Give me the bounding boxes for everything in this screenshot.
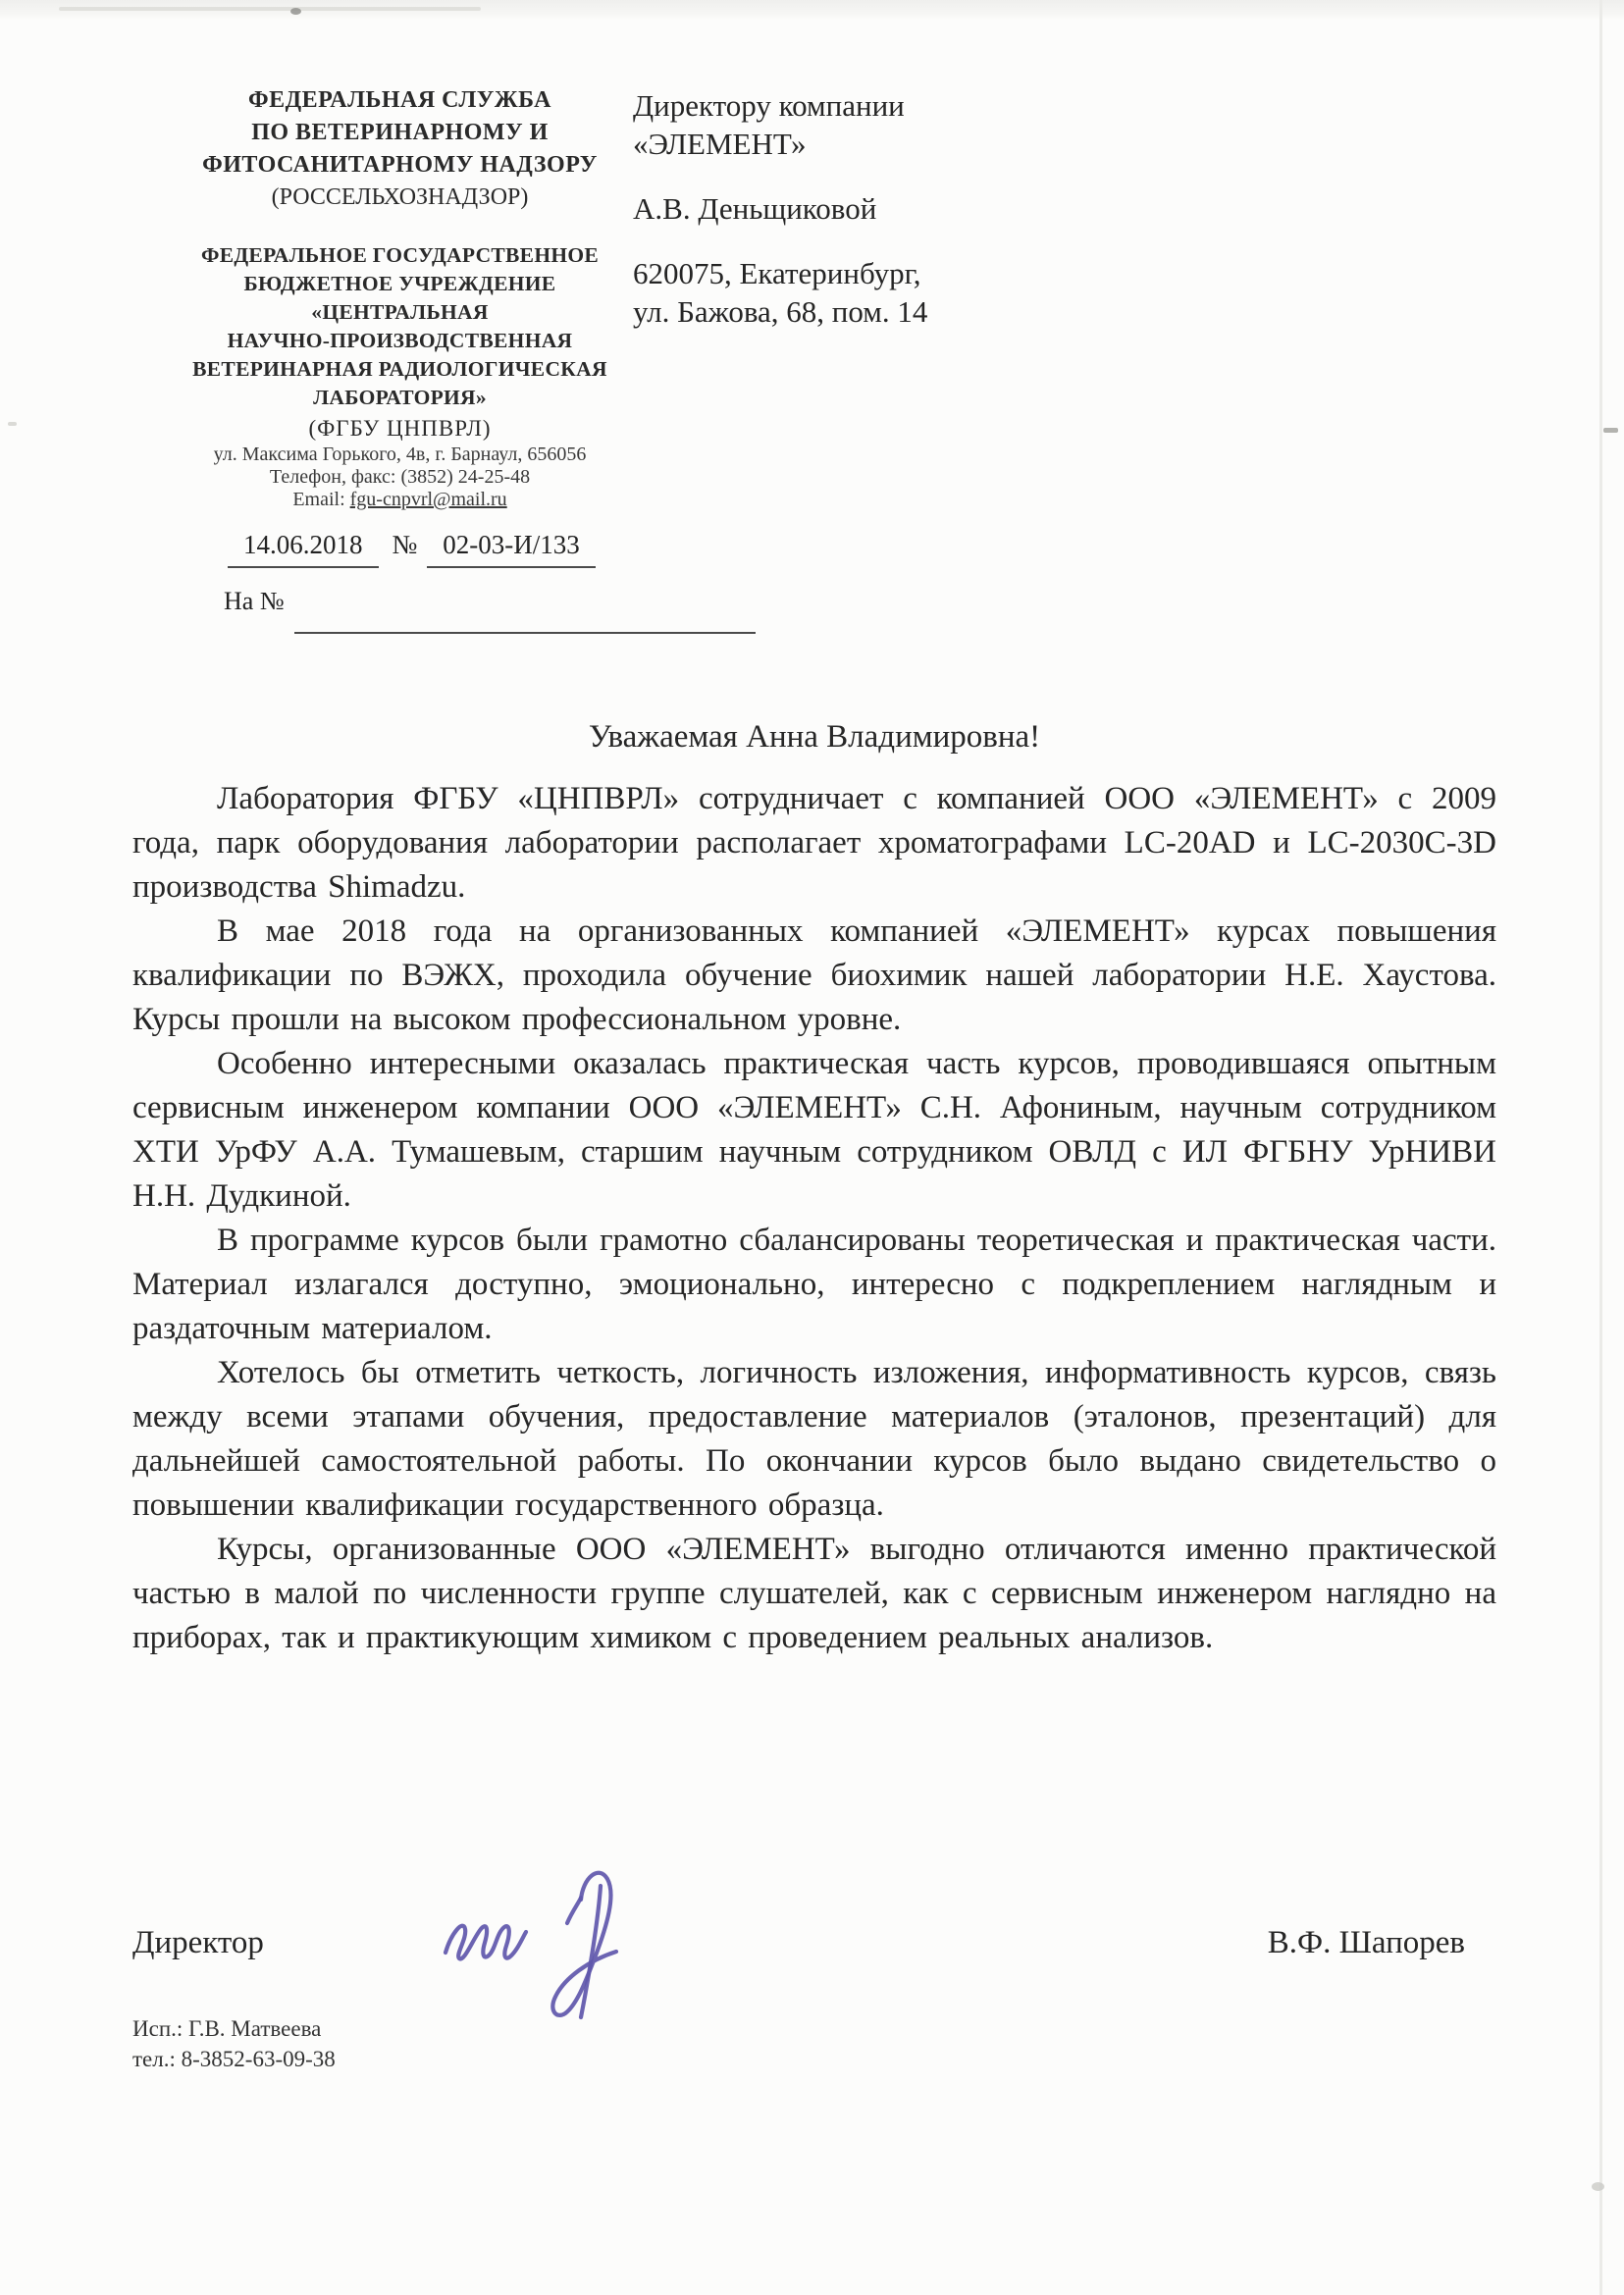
recipient-line: «ЭЛЕМЕНТ»: [633, 125, 927, 163]
org-name-line: ФЕДЕРАЛЬНОЕ ГОСУДАРСТВЕННОЕ: [182, 241, 618, 270]
salutation: Уважаемая Анна Владимировна!: [132, 719, 1496, 756]
date-number-line: 14.06.2018№02-03-И/133: [228, 530, 596, 568]
body-paragraph: В мае 2018 года на организованных компан…: [132, 910, 1496, 1042]
signer-name: В.Ф. Шапорев: [1268, 1925, 1465, 1961]
superior-org-short-name: (РОССЕЛЬХОЗНАДЗОР): [182, 182, 618, 214]
executor-name: Исп.: Г.В. Матвеева: [132, 2013, 336, 2044]
body-paragraph: В программе курсов были грамотно сбаланс…: [132, 1219, 1496, 1351]
org-abbreviation: (ФГБУ ЦНПВРЛ): [182, 414, 618, 443]
sender-letterhead: ФЕДЕРАЛЬНАЯ СЛУЖБА ПО ВЕТЕРИНАРНОМУ И ФИ…: [182, 84, 618, 511]
org-name-line: ЛАБОРАТОРИЯ»: [182, 384, 618, 412]
reference-blank-line: [294, 632, 756, 634]
letter-body: Уважаемая Анна Владимировна! Лаборатория…: [132, 719, 1496, 1660]
scan-smudge-artifact: [59, 7, 481, 11]
number-sign: №: [393, 530, 418, 560]
handwritten-signature: [432, 1862, 677, 2029]
scan-speck-artifact: [1592, 2182, 1604, 2191]
executor-block: Исп.: Г.В. Матвеева тел.: 8-3852-63-09-3…: [132, 2013, 336, 2074]
superior-org-line: ПО ВЕТЕРИНАРНОМУ И: [182, 117, 618, 149]
org-phone: Телефон, факс: (3852) 24-25-48: [182, 466, 618, 489]
scan-edge-line-artifact: [1599, 0, 1602, 2295]
recipient-line: Директору компании: [633, 86, 927, 125]
executor-phone: тел.: 8-3852-63-09-38: [132, 2044, 336, 2074]
org-name-line: ВЕТЕРИНАРНАЯ РАДИОЛОГИЧЕСКАЯ: [182, 355, 618, 384]
org-email-address: fgu-cnpvrl@mail.ru: [350, 489, 507, 510]
scan-speck-artifact: [1603, 428, 1618, 433]
org-name-line: «ЦЕНТРАЛЬНАЯ: [182, 298, 618, 327]
reference-label: На №: [224, 587, 285, 616]
body-paragraph: Особенно интересными оказалась практичес…: [132, 1042, 1496, 1219]
body-paragraph: Лаборатория ФГБУ «ЦНПВРЛ» сотрудничает с…: [132, 777, 1496, 910]
scan-speck-artifact: [8, 422, 17, 426]
scanned-letter-page: ФЕДЕРАЛЬНАЯ СЛУЖБА ПО ВЕТЕРИНАРНОМУ И ФИ…: [0, 0, 1624, 2295]
org-name-line: БЮДЖЕТНОЕ УЧРЕЖДЕНИЕ: [182, 270, 618, 298]
scan-speck-artifact: [290, 8, 301, 15]
email-label: Email:: [292, 489, 344, 510]
signature-row: Директор В.Ф. Шапорев: [132, 1925, 1465, 1961]
superior-org-line: ФЕДЕРАЛЬНАЯ СЛУЖБА: [182, 84, 618, 117]
org-address: ул. Максима Горького, 4в, г. Барнаул, 65…: [182, 443, 618, 466]
letter-date: 14.06.2018: [228, 530, 379, 568]
recipient-line: 620075, Екатеринбург,: [633, 254, 927, 292]
superior-org-line: ФИТОСАНИТАРНОМУ НАДЗОРУ: [182, 149, 618, 182]
org-email-line: Email: fgu-cnpvrl@mail.ru: [182, 489, 618, 511]
recipient-line: ул. Бажова, 68, пом. 14: [633, 292, 927, 331]
body-paragraph: Курсы, организованные ООО «ЭЛЕМЕНТ» выго…: [132, 1528, 1496, 1660]
recipient-block: Директору компании «ЭЛЕМЕНТ» А.В. Деньщи…: [633, 86, 927, 331]
org-name-line: НАУЧНО-ПРОИЗВОДСТВЕННАЯ: [182, 327, 618, 355]
outgoing-number: 02-03-И/133: [427, 530, 595, 568]
body-paragraph: Хотелось бы отметить четкость, логичност…: [132, 1351, 1496, 1528]
recipient-line: А.В. Деньщиковой: [633, 189, 927, 228]
signer-position: Директор: [132, 1925, 264, 1961]
